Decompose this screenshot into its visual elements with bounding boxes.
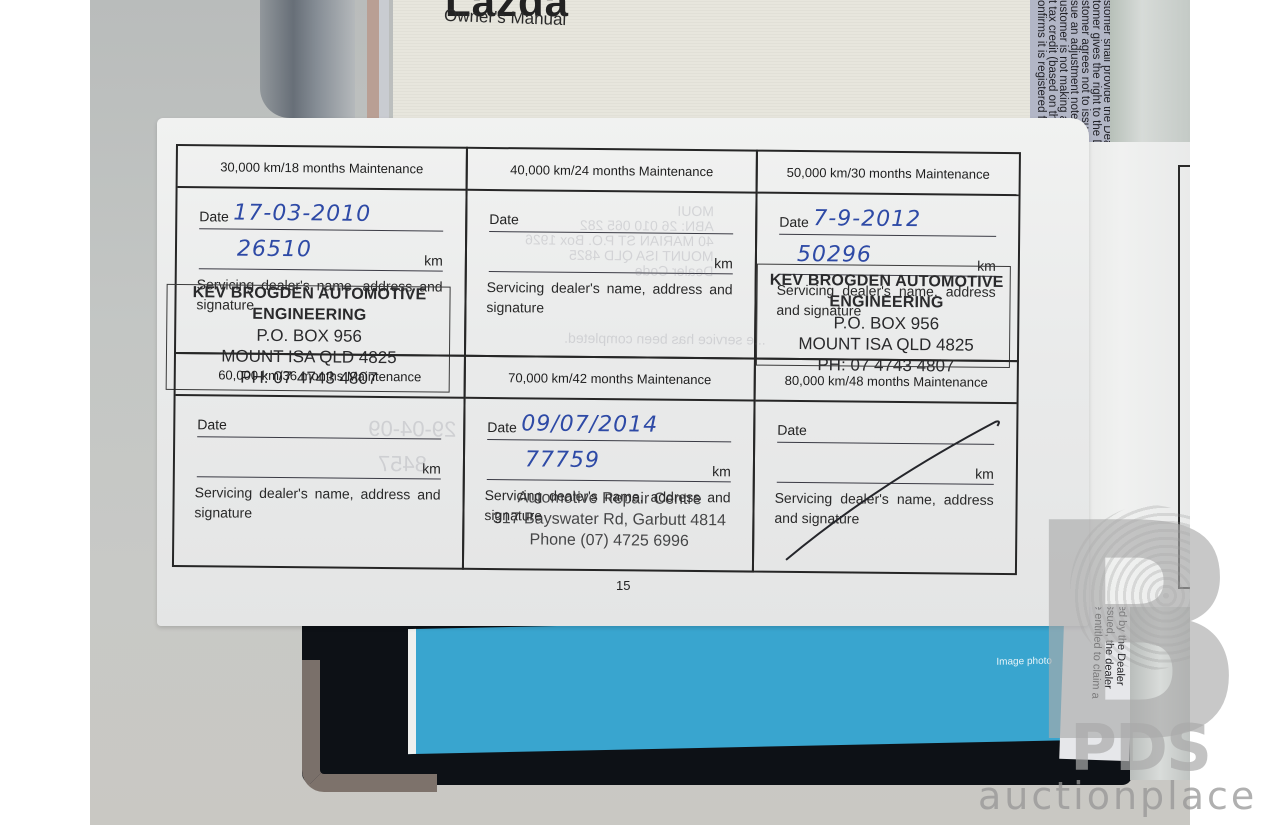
maintenance-grid: 30,000 km/18 months MaintenanceDatekmSer… (172, 144, 1021, 577)
date-label: Date (779, 214, 809, 230)
date-line (779, 234, 996, 237)
blue-booklet: Image photo (408, 615, 1086, 754)
sleeve-edge (379, 0, 389, 118)
watermark-tagline: auctionplace (978, 774, 1257, 818)
maintenance-cell: 50,000 km/30 months MaintenanceDatekmSer… (754, 150, 1021, 363)
handwritten-date: 09/07/2014 (521, 411, 658, 437)
servicing-label: Servicing dealer's name, address and sig… (194, 482, 440, 524)
maintenance-heading: 70,000 km/42 months Maintenance (466, 357, 754, 402)
sleeve-edge (367, 0, 379, 118)
date-label: Date (199, 208, 229, 224)
km-label: km (714, 255, 733, 271)
km-line (487, 479, 731, 482)
km-line (199, 268, 443, 271)
stamp-line: Automotive Repair Centre (475, 487, 745, 511)
clear-pocket (1110, 0, 1190, 160)
stamp-border (756, 264, 1011, 368)
stamp-line: Phone (07) 4725 6996 (474, 529, 744, 553)
dealer-stamp: Automotive Repair Centre317 Bayswater Rd… (474, 487, 745, 553)
date-label: Date (489, 211, 519, 227)
km-label: km (712, 463, 731, 479)
plastic-sleeve (260, 0, 355, 118)
date-line (487, 439, 731, 442)
km-label: km (424, 252, 443, 268)
show-through-line: ...e service has been completed. (564, 330, 766, 348)
page-number: 15 (616, 578, 630, 593)
handwritten-date: 7-9-2012 (813, 206, 921, 232)
maintenance-heading: 30,000 km/18 months Maintenance (178, 146, 466, 191)
maintenance-heading: 60,000 km/36 months Maintenance (176, 354, 464, 399)
handwritten-km: 26510 (237, 237, 312, 263)
handwritten-km: 77759 (525, 447, 600, 473)
cross-out-stroke (784, 415, 1005, 567)
show-through-stamp: MOUI ABN: 26 010 065 282 40 MARIAN ST P.… (525, 202, 714, 279)
date-line (199, 228, 443, 231)
maintenance-cell: 80,000 km/48 months MaintenanceDatekmSer… (752, 358, 1019, 576)
servicing-label: Servicing dealer's name, address and sig… (486, 277, 732, 319)
maintenance-cell: 30,000 km/18 months MaintenanceDatekmSer… (174, 144, 468, 357)
show-through-date: 29-04-09 (368, 416, 456, 443)
maintenance-heading: 40,000 km/24 months Maintenance (468, 149, 756, 194)
manual-title: Owner's Manual (444, 6, 567, 30)
maintenance-heading: 50,000 km/30 months Maintenance (758, 152, 1019, 197)
maintenance-cell: 70,000 km/42 months MaintenanceDatekmSer… (462, 355, 756, 573)
maintenance-heading: 80,000 km/48 months Maintenance (756, 360, 1017, 405)
show-through-km: 8457 (378, 451, 427, 477)
date-label: Date (197, 416, 227, 432)
handwritten-date: 17-03-2010 (233, 201, 371, 227)
date-label: Date (487, 419, 517, 435)
stamp-line: 317 Bayswater Rd, Garbutt 4814 (474, 508, 744, 532)
